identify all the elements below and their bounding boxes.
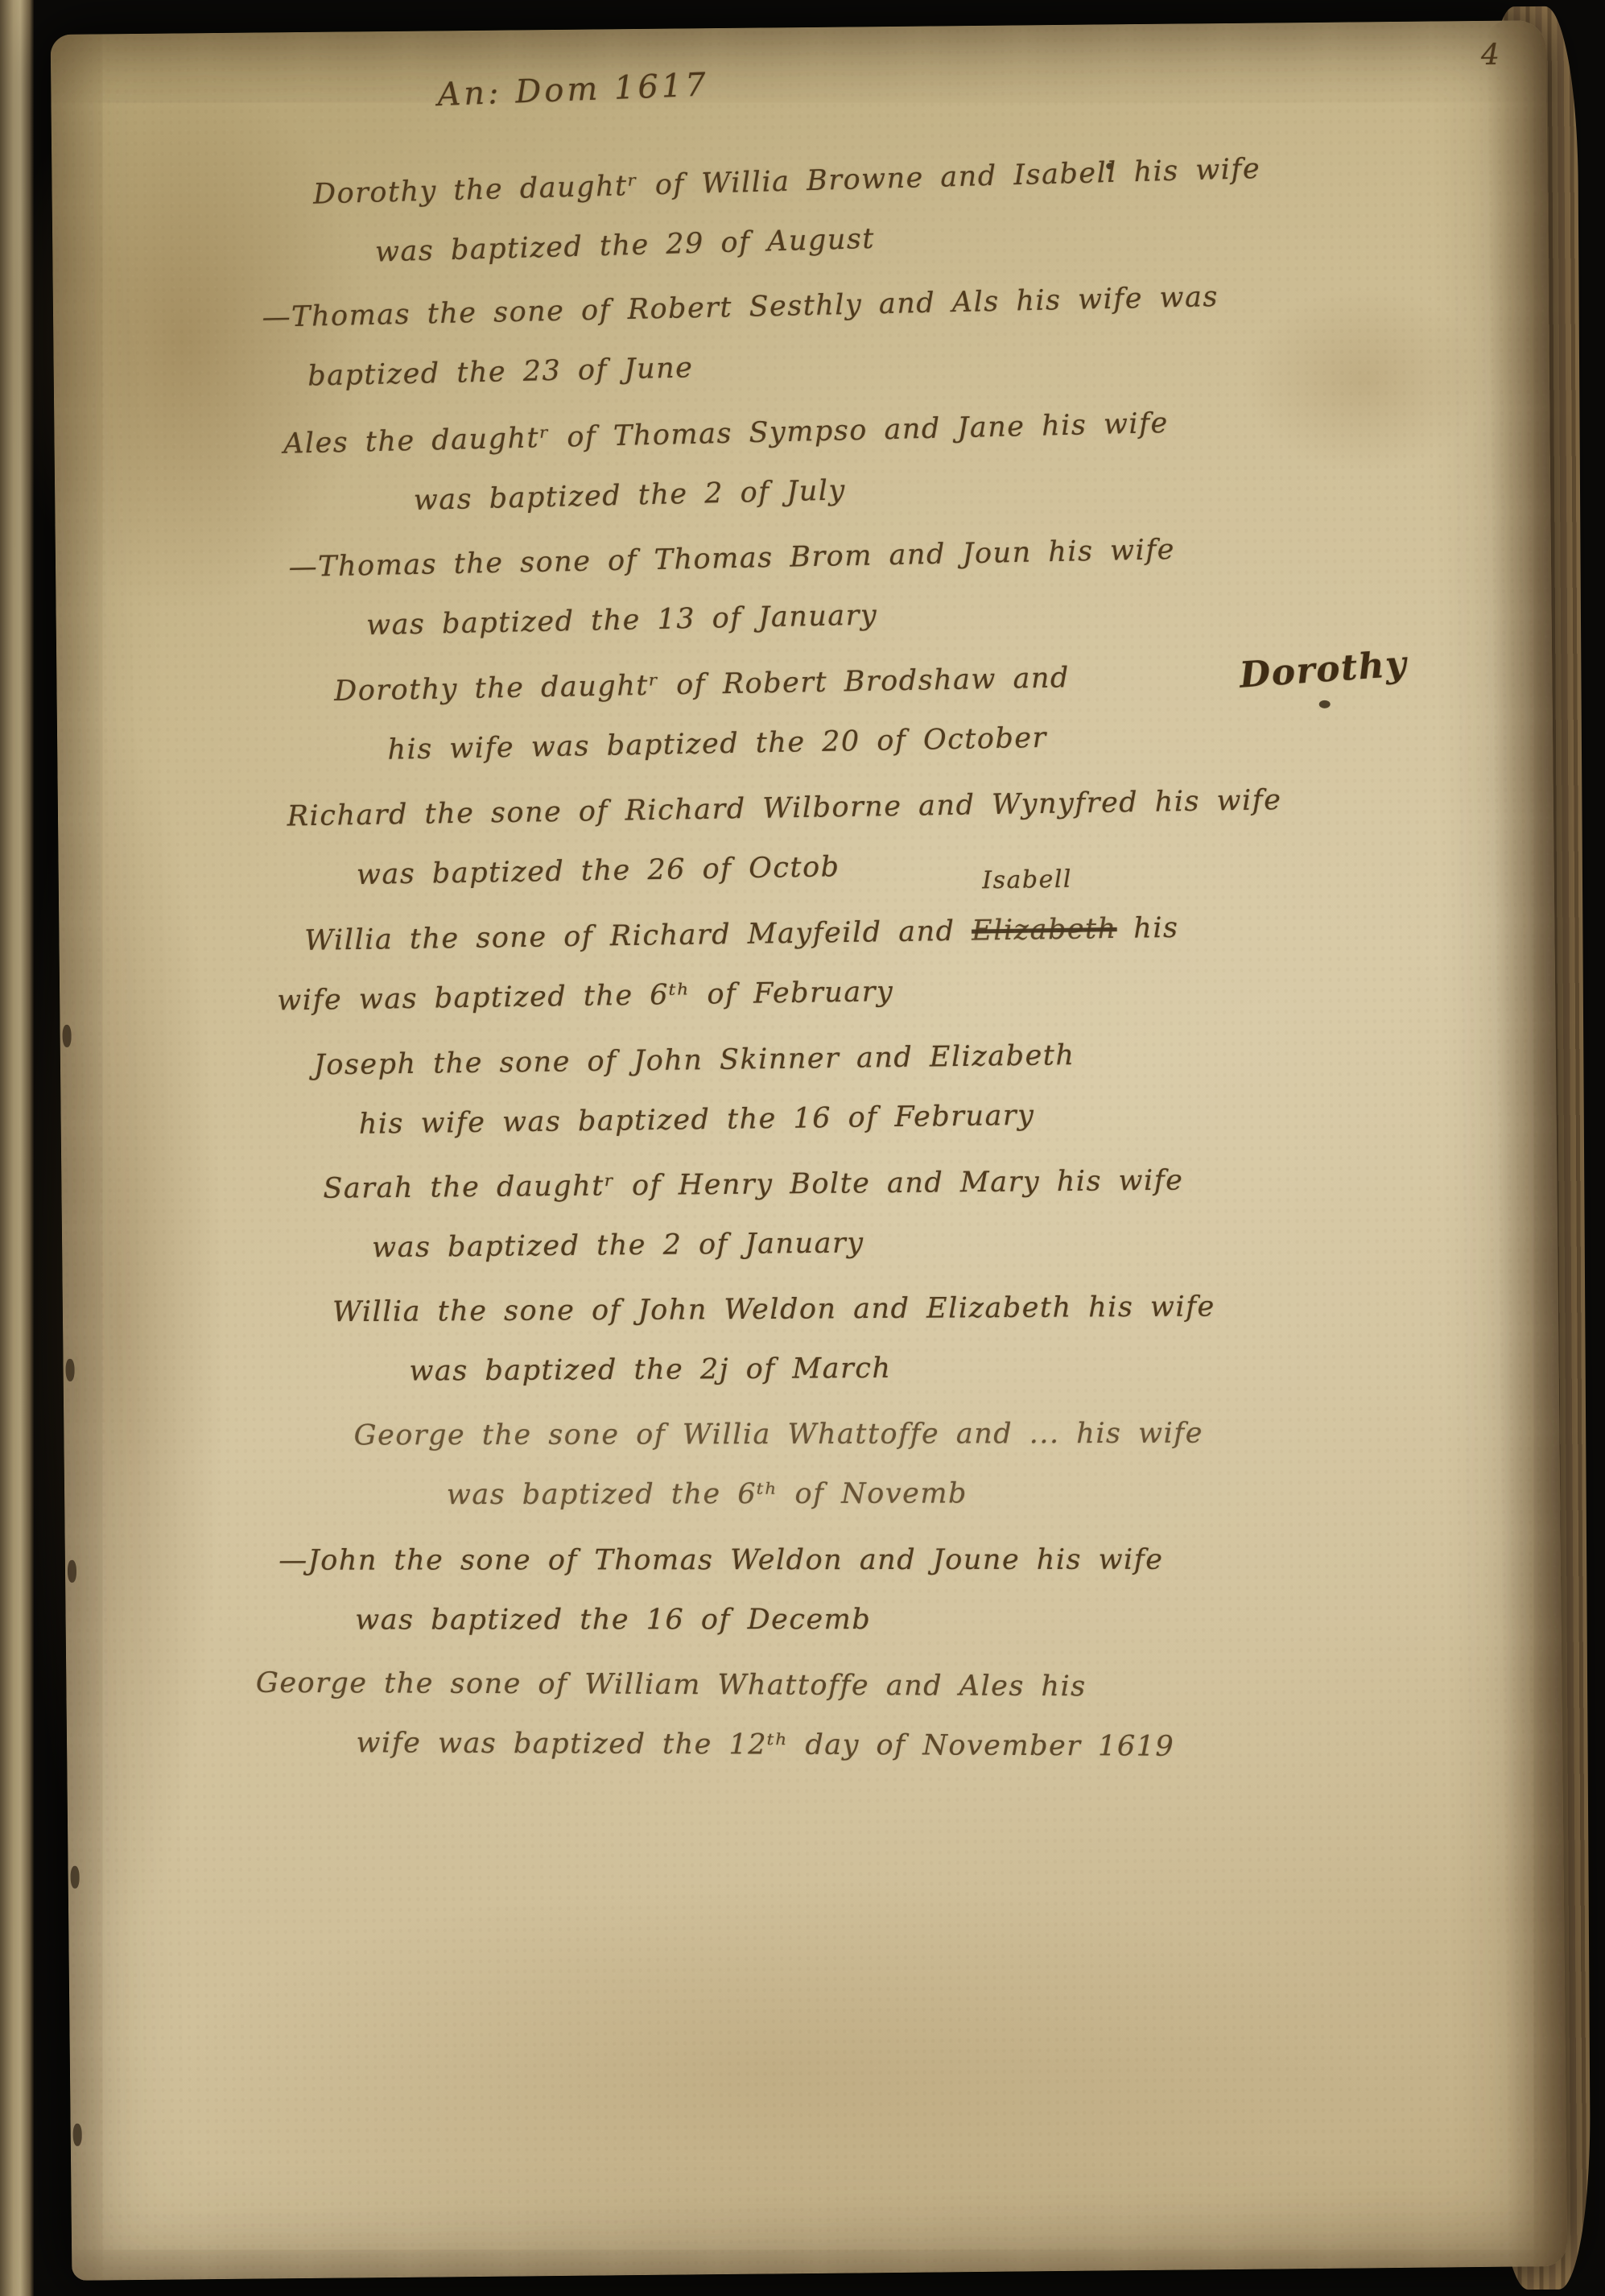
baptism-entry: Willia the sone of John Weldon and Eliza… <box>332 1275 1511 1402</box>
photograph-of-manuscript: An: Dom 1617 4 Dorothy the daughtʳ of Wi… <box>0 0 1605 2296</box>
entry-text: his <box>1116 912 1178 945</box>
entry-line-1: Willia the sone of John Weldon and Eliza… <box>332 1275 1510 1342</box>
entry-line-1: —John the sone of Thomas Weldon and Joun… <box>279 1530 1512 1590</box>
baptism-entry: Joseph the sone of John Skinner and Eliz… <box>313 1020 1508 1154</box>
entry-line-2: was baptized the 16 of Decemb <box>355 1589 1512 1650</box>
entry-text: Willia the sone of Richard Mayfeild and <box>304 915 972 957</box>
manuscript-page: An: Dom 1617 4 Dorothy the daughtʳ of Wi… <box>51 20 1568 2281</box>
baptism-entry: —Thomas the sone of Robert Sesthly and A… <box>262 261 1502 407</box>
binding-stitch <box>62 1025 71 1047</box>
correction: IsabellElizabeth <box>972 899 1118 961</box>
parchment-stain <box>9 717 229 1926</box>
entry-line-2: was baptized the 2j of March <box>409 1335 1510 1401</box>
interlined-text: Isabell <box>982 868 1072 894</box>
parchment-stain <box>165 1873 1376 2271</box>
entry-line-2: wife was baptized the 12ᵗʰ day of Novemb… <box>356 1713 1513 1778</box>
baptism-entry: George the sone of William Whattoffe and… <box>255 1654 1514 1778</box>
baptism-entry: Willia the sone of Richard Mayfeild and … <box>304 894 1508 1030</box>
entry-line-1: George the sone of William Whattoffe and… <box>256 1654 1514 1719</box>
baptism-entries: Dorothy the daughtʳ of Willia Browne and… <box>237 143 1514 1788</box>
baptism-entry: —John the sone of Thomas Weldon and Joun… <box>279 1530 1512 1650</box>
baptism-entry: Sarah the daughtʳ of Henry Bolte and Mar… <box>323 1148 1509 1278</box>
margin-note: Dorothy <box>1237 634 1409 706</box>
binding-stitch <box>68 1560 76 1583</box>
binding-stitch <box>73 2124 82 2146</box>
baptism-entry: Dorothy the daughtʳ of Robert Brodshaw a… <box>334 640 1505 781</box>
entry-line-1: Sarah the daughtʳ of Henry Bolte and Mar… <box>323 1148 1509 1219</box>
baptism-entry: Ales the daughtʳ of Thomas Sympso and Ja… <box>283 386 1503 534</box>
baptism-entry: Dorothy the daughtʳ of Willia Browne and… <box>312 133 1500 284</box>
struck-text: Elizabeth <box>972 913 1117 948</box>
year-heading: An: Dom 1617 <box>437 66 710 114</box>
binding-stitch <box>65 1359 74 1381</box>
baptism-entry: —Thomas the sone of Thomas Brom and Joun… <box>288 514 1504 657</box>
binding-stitch <box>70 1866 79 1889</box>
baptism-entry: George the sone of Willia Whattoffe and … <box>354 1403 1512 1526</box>
baptism-entry: Richard the sone of Richard Wilborne and… <box>287 766 1506 906</box>
entry-line-2: was baptized the 6ᵗʰ of Novemb <box>447 1463 1512 1525</box>
facing-page-edge <box>0 0 34 2296</box>
entry-line-2: was baptized the 2 of January <box>372 1208 1510 1278</box>
entry-line-1: George the sone of Willia Whattoffe and … <box>354 1403 1512 1466</box>
